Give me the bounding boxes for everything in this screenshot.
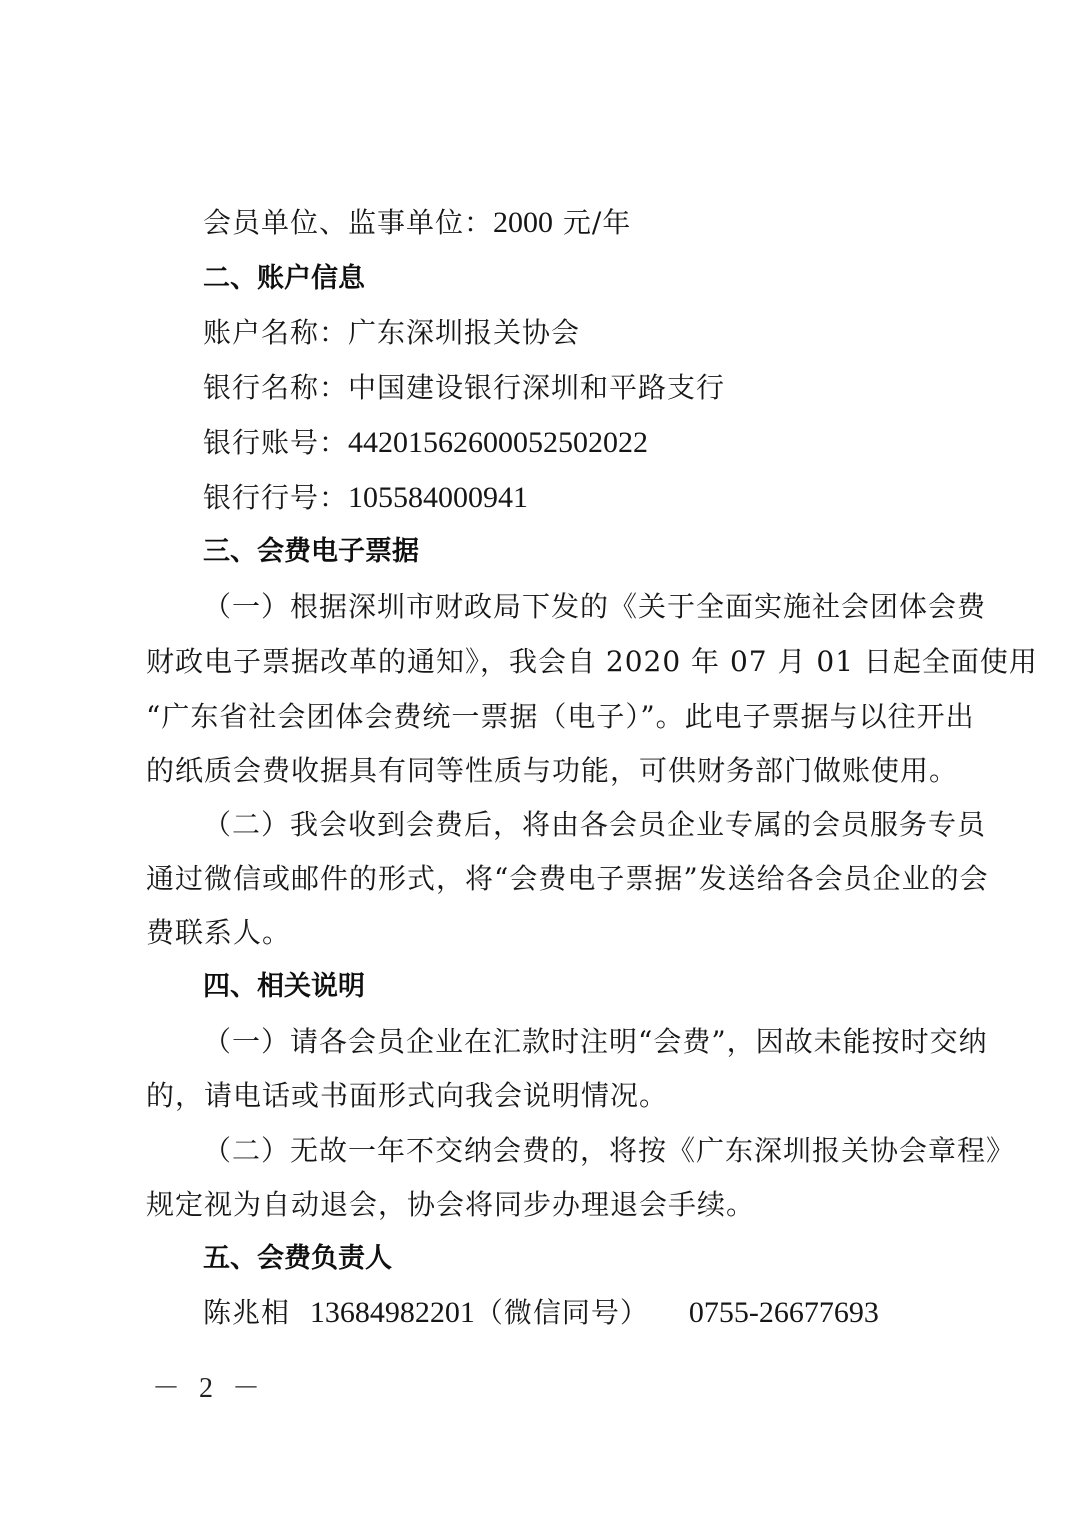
section-heading-account-info: 二、账户信息	[203, 262, 365, 296]
bank-name-value: 中国建设银行深圳和平路支行	[348, 371, 725, 404]
paragraph-line: 的纸质会费收据具有同等性质与功能，可供财务部门做账使用。	[146, 754, 958, 788]
page-number: － 2 －	[152, 1372, 266, 1406]
section-heading-e-receipt: 三、会费电子票据	[203, 535, 419, 569]
paragraph-line: （二）无故一年不交纳会费的，将按《广东深圳报关协会章程》	[203, 1134, 946, 1168]
account-name-value: 广东深圳报关协会	[348, 316, 580, 349]
paragraph-line: “广东省社会团体会费统一票据（电子）”。此电子票据与以往开出	[146, 700, 946, 734]
paragraph-line: 通过微信或邮件的形式，将“会费电子票据”发送给各会员企业的会	[146, 862, 946, 896]
paragraph-line: （二）我会收到会费后，将由各会员企业专属的会员服务专员	[203, 808, 946, 842]
contact-mobile: 13684982201	[310, 1296, 475, 1329]
fee-label: 会员单位、监事单位：	[203, 206, 493, 239]
paragraph-line: 财政电子票据改革的通知》，我会自 2020 年 07 月 01 日起全面使用	[146, 645, 946, 679]
account-number-value: 44201562600052502022	[348, 426, 648, 459]
contact-line: 陈兆相 13684982201（微信同号）0755-26677693	[203, 1296, 879, 1330]
account-name-label: 账户名称：	[203, 316, 348, 349]
fee-unit: 元/年	[553, 206, 631, 239]
paragraph-line: 规定视为自动退会，协会将同步办理退会手续。	[146, 1188, 755, 1222]
paragraph-line: 的，请电话或书面形式向我会说明情况。	[146, 1079, 668, 1113]
bank-name-label: 银行名称：	[203, 371, 348, 404]
paragraph-line: （一）请各会员企业在汇款时注明“会费”，因故未能按时交纳	[203, 1025, 946, 1059]
account-name-line: 账户名称：广东深圳报关协会	[203, 316, 580, 350]
paragraph-line: （一）根据深圳市财政局下发的《关于全面实施社会团体会费	[203, 590, 946, 624]
account-number-line: 银行账号：44201562600052502022	[203, 426, 648, 460]
contact-name: 陈兆相	[203, 1296, 290, 1329]
contact-mobile-note: （微信同号）	[475, 1296, 649, 1329]
section-heading-notes: 四、相关说明	[203, 970, 365, 1004]
fee-line: 会员单位、监事单位：2000 元/年	[203, 206, 631, 240]
bank-code-line: 银行行号：105584000941	[203, 481, 528, 515]
contact-phone: 0755-26677693	[689, 1296, 879, 1329]
section-heading-contact: 五、会费负责人	[203, 1242, 392, 1276]
bank-code-label: 银行行号：	[203, 481, 348, 514]
bank-code-value: 105584000941	[348, 481, 528, 514]
paragraph-line: 费联系人。	[146, 916, 291, 950]
fee-amount: 2000	[493, 206, 553, 239]
document-page: 会员单位、监事单位：2000 元/年 二、账户信息 账户名称：广东深圳报关协会 …	[0, 0, 1080, 1527]
account-number-label: 银行账号：	[203, 426, 348, 459]
bank-name-line: 银行名称：中国建设银行深圳和平路支行	[203, 371, 725, 405]
